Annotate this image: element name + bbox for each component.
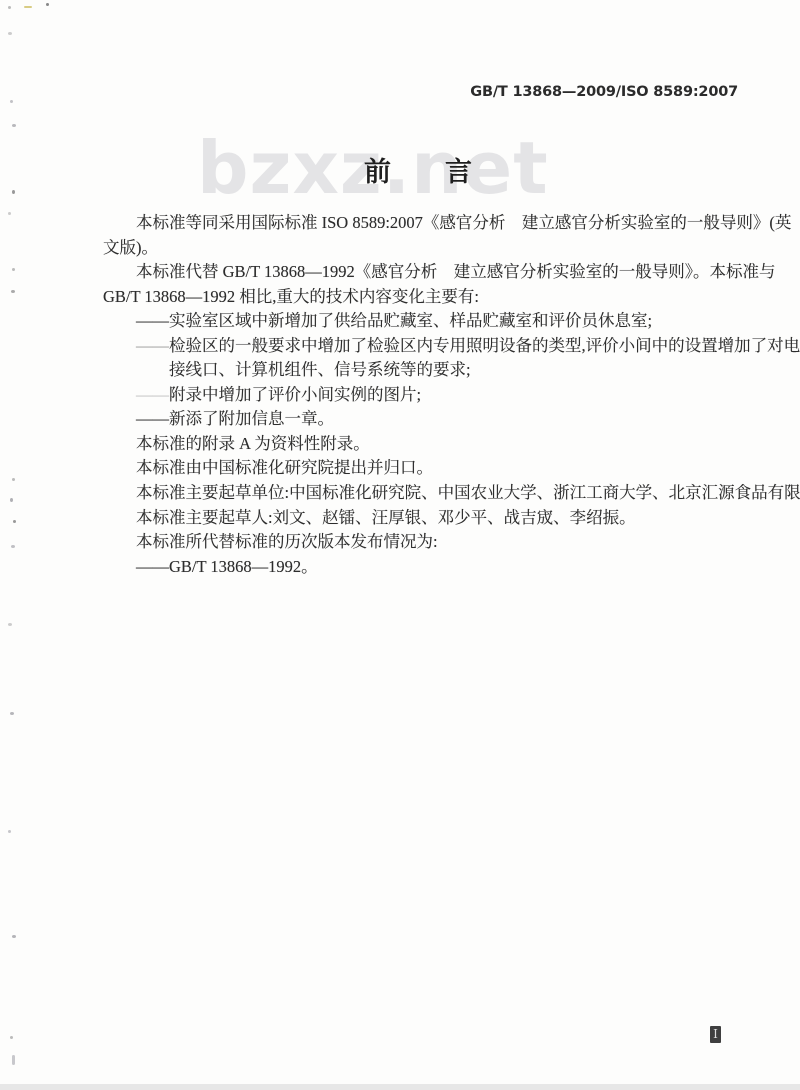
scan-artifact <box>10 1036 13 1039</box>
scan-artifact <box>8 212 11 215</box>
scan-artifact <box>8 32 12 35</box>
scan-artifact <box>11 290 15 293</box>
scan-artifact <box>46 3 49 6</box>
foreword-line-text: 实验室区域中新增加了供给品贮藏室、样品贮藏室和评价员休息室; <box>169 311 652 330</box>
scan-edge <box>0 1084 800 1090</box>
foreword-line: 本标准代替 GB/T 13868—1992《感官分析 建立感官分析实验室的一般导… <box>103 260 751 285</box>
foreword-line: 文版)。 <box>103 236 751 261</box>
scan-artifact <box>12 190 15 194</box>
bullet-dash: —— <box>136 336 169 355</box>
foreword-line-text: 检验区的一般要求中增加了检验区内专用照明设备的类型,评价小间中的设置增加了对电器 <box>169 336 800 355</box>
scan-artifact <box>12 124 16 127</box>
scan-artifact <box>12 268 15 271</box>
foreword-line: 接线口、计算机组件、信号系统等的要求; <box>103 358 751 383</box>
foreword-line: 本标准由中国标准化研究院提出并归口。 <box>103 456 751 481</box>
foreword-line: GB/T 13868—1992 相比,重大的技术内容变化主要有: <box>103 285 751 310</box>
scan-artifact <box>11 545 15 548</box>
foreword-body: 本标准等同采用国际标准 ISO 8589:2007《感官分析 建立感官分析实验室… <box>103 211 751 579</box>
scan-artifact <box>8 623 12 626</box>
foreword-line: ——附录中增加了评价小间实例的图片; <box>103 383 751 408</box>
foreword-line: 本标准的附录 A 为资料性附录。 <box>103 432 751 457</box>
bullet-dash: —— <box>136 409 169 428</box>
foreword-line: ——新添了附加信息一章。 <box>103 407 751 432</box>
bullet-dash: —— <box>136 385 169 404</box>
foreword-line: ——实验室区域中新增加了供给品贮藏室、样品贮藏室和评价员休息室; <box>103 309 751 334</box>
scan-artifact <box>10 498 13 502</box>
scan-artifact <box>12 1055 15 1065</box>
scan-artifact <box>12 935 16 938</box>
standard-number: GB/T 13868—2009/ISO 8589:2007 <box>470 84 738 100</box>
document-page: GB/T 13868—2009/ISO 8589:2007 bzxz.net 前… <box>0 0 800 1090</box>
scan-artifact <box>10 712 14 715</box>
foreword-line-text: 新添了附加信息一章。 <box>169 409 334 428</box>
scan-artifact <box>13 520 16 523</box>
foreword-line: 本标准主要起草人:刘文、赵镭、汪厚银、邓少平、战吉宬、李绍振。 <box>103 506 751 531</box>
foreword-line: 本标准所代替标准的历次版本发布情况为: <box>103 530 751 555</box>
bullet-dash: —— <box>136 311 169 330</box>
scan-artifact <box>8 830 11 833</box>
page-number: Ⅰ <box>710 1026 721 1043</box>
foreword-line: ——检验区的一般要求中增加了检验区内专用照明设备的类型,评价小间中的设置增加了对… <box>103 334 751 359</box>
scan-artifact <box>12 478 15 481</box>
scan-artifact <box>8 6 11 9</box>
page-title: 前 言 <box>18 150 800 189</box>
foreword-line: 本标准主要起草单位:中国标准化研究院、中国农业大学、浙江工商大学、北京汇源食品有… <box>103 481 751 506</box>
foreword-line-text: 附录中增加了评价小间实例的图片; <box>169 385 421 404</box>
foreword-line: ——GB/T 13868—1992。 <box>103 555 751 580</box>
scan-artifact <box>24 6 32 8</box>
scan-artifact <box>10 100 13 103</box>
foreword-line: 本标准等同采用国际标准 ISO 8589:2007《感官分析 建立感官分析实验室… <box>103 211 751 236</box>
